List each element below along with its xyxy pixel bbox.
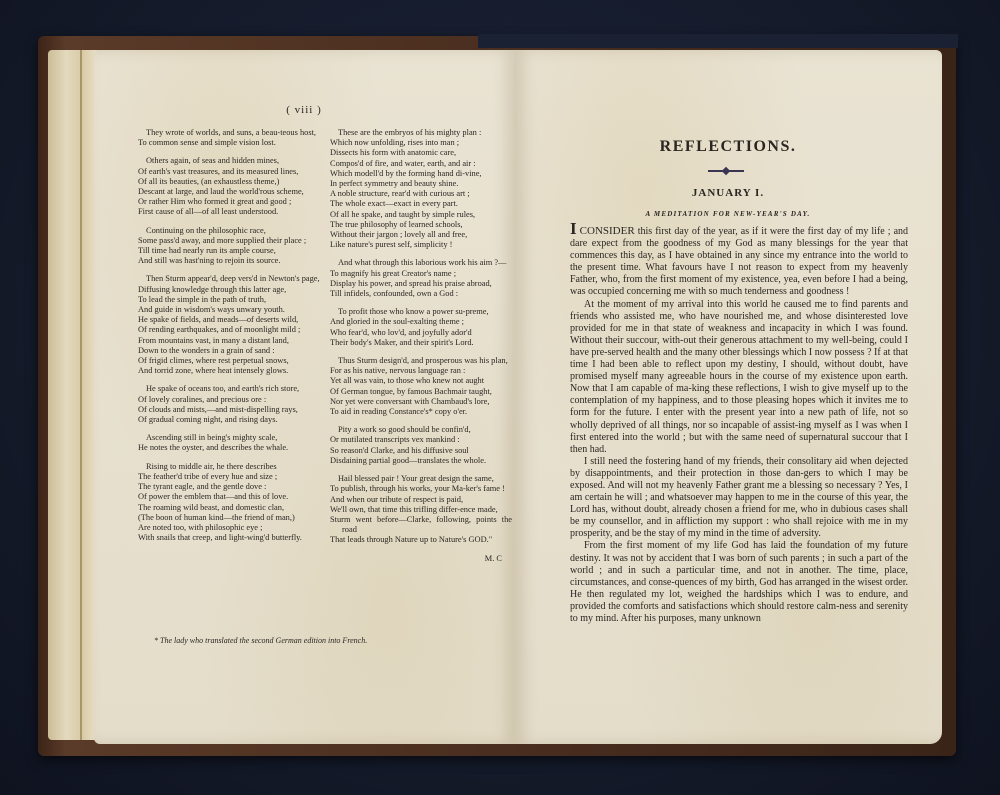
stanza: These are the embryos of his mighty plan… — [330, 128, 512, 250]
verse-line: And what through this laborious work his… — [330, 258, 512, 268]
verse-line: For as his native, nervous language ran … — [330, 366, 512, 376]
verse-line: That leads through Nature up to Nature's… — [330, 535, 512, 545]
verse-line: Diffusing knowledge through this latter … — [138, 285, 320, 295]
verse-line: Pity a work so good should be confin'd, — [330, 425, 512, 435]
verse-line: Rising to middle air, he there describes — [138, 462, 320, 472]
verse-line: He notes the oyster, and describes the w… — [138, 443, 320, 453]
date-heading: JANUARY I. — [514, 187, 942, 199]
verse-line: Of rending earthquakes, and of moonlight… — [138, 325, 320, 335]
stanza: Ascending still in being's mighty scale,… — [138, 433, 320, 453]
verse-line: Of frigid climes, where rest perpetual s… — [138, 356, 320, 366]
verse-line: From mountains vast, in many a distant l… — [138, 336, 320, 346]
stanza: Thus Sturm design'd, and prosperous was … — [330, 356, 512, 417]
paragraph: From the first moment of my life God has… — [570, 540, 908, 625]
verse-line: In perfect symmetry and beauty shine. — [330, 179, 512, 189]
verse-line: He spake of fields, and meads—of deserts… — [138, 315, 320, 325]
signature: M. C — [330, 554, 512, 564]
stanza: And what through this laborious work his… — [330, 258, 512, 299]
verse-line: Their body's Maker, and their spirit's L… — [330, 338, 512, 348]
poem-column-2: These are the embryos of his mighty plan… — [330, 128, 512, 564]
background-gap — [478, 34, 958, 48]
verse-line: He spake of oceans too, and earth's rich… — [138, 384, 320, 394]
verse-line: Thus Sturm design'd, and prosperous was … — [330, 356, 512, 366]
verse-line: The feather'd tribe of every hue and siz… — [138, 472, 320, 482]
verse-line: And gloried in the soul-exalting theme ; — [330, 317, 512, 327]
verse-line: To common sense and simple vision lost. — [138, 138, 320, 148]
verse-line: Others again, of seas and hidden mines, — [138, 156, 320, 166]
verse-line: Which modell'd by the forming hand di-vi… — [330, 169, 512, 179]
paragraph: I still need the fostering hand of my fr… — [570, 456, 908, 541]
verse-line: Which now unfolding, rises into man ; — [330, 138, 512, 148]
verse-line: Dissects his form with anatomic care, — [330, 148, 512, 158]
verse-line: And guide in wisdom's ways unwary youth. — [138, 305, 320, 315]
subheading: A MEDITATION FOR NEW-YEAR'S DAY. — [514, 210, 942, 218]
page-title: REFLECTIONS. — [514, 138, 942, 156]
footnote: * The lady who translated the second Ger… — [154, 636, 367, 645]
verse-line: Are noted too, with philosophic eye ; — [138, 523, 320, 533]
stanza: Hail blessed pair ! Your great design th… — [330, 474, 512, 545]
verse-line: Like nature's purest self, simplicity ! — [330, 240, 512, 250]
verse-line: Of earth's vast treasures, and its measu… — [138, 167, 320, 177]
verse-line: Of all he spake, and taught by simple ru… — [330, 210, 512, 220]
stanza: Others again, of seas and hidden mines,O… — [138, 156, 320, 217]
verse-line: To profit those who know a power su-prem… — [330, 307, 512, 317]
verse-line: First cause of all—of all least understo… — [138, 207, 320, 217]
verse-line: Then Sturm appear'd, deep vers'd in Newt… — [138, 274, 320, 284]
verse-line: Or mutilated transcripts vex mankind : — [330, 435, 512, 445]
verse-line: Of German tongue, by famous Bachmair tau… — [330, 387, 512, 397]
verse-line: The true philosophy of learned schools, — [330, 220, 512, 230]
verse-line: They wrote of worlds, and suns, a beau-t… — [138, 128, 320, 138]
verse-line: The whole exact—exact in every part. — [330, 199, 512, 209]
paragraph: At the moment of my arrival into this wo… — [570, 299, 908, 456]
verse-line: To publish, through his works, your Ma-k… — [330, 484, 512, 494]
verse-line: To aid in reading Constance's* copy o'er… — [330, 407, 512, 417]
verse-line: Nor yet were conversant with Chambaud's … — [330, 397, 512, 407]
verse-line: Disdaining partial good—translates the w… — [330, 456, 512, 466]
verse-line: Descant at large, and laud the world'rou… — [138, 187, 320, 197]
verse-line: Sturm went before—Clarke, following, poi… — [330, 515, 512, 535]
verse-line: So reason'd Clarke, and his diffusive so… — [330, 446, 512, 456]
stanza: Pity a work so good should be confin'd,O… — [330, 425, 512, 466]
verse-line: To magnify his great Creator's name ; — [330, 269, 512, 279]
verse-line: To lead the simple in the path of truth, — [138, 295, 320, 305]
verse-line: A noble structure, rear'd with curious a… — [330, 189, 512, 199]
verse-line: Of all its beauties, (an exhaustless the… — [138, 177, 320, 187]
verse-line: And still was hast'ning to rejoin its so… — [138, 256, 320, 266]
verse-line: Without their jargon ; lovely all and fr… — [330, 230, 512, 240]
stanza: They wrote of worlds, and suns, a beau-t… — [138, 128, 320, 148]
left-page: ( viii ) They wrote of worlds, and suns,… — [94, 50, 514, 744]
verse-line: Continuing on the philosophic race, — [138, 226, 320, 236]
verse-line: And torrid zone, where heat intensely gl… — [138, 366, 320, 376]
verse-line: The roaming wild beast, and domestic cla… — [138, 503, 320, 513]
stanza: He spake of oceans too, and earth's rich… — [138, 384, 320, 425]
verse-line: Who fear'd, who lov'd, and joyfully ador… — [330, 328, 512, 338]
stanza: Rising to middle air, he there describes… — [138, 462, 320, 544]
verse-line: (The boon of human kind—the friend of ma… — [138, 513, 320, 523]
meditation-text: I CONSIDER this first day of the year, a… — [570, 224, 908, 625]
verse-line: The tyrant eagle, and the gentle dove : — [138, 482, 320, 492]
drop-cap: I — [570, 219, 577, 238]
verse-line: Yet all was vain, to those who knew not … — [330, 376, 512, 386]
stanza: Then Sturm appear'd, deep vers'd in Newt… — [138, 274, 320, 376]
opening-word: CONSIDER — [580, 225, 635, 237]
verse-line: Till infidels, confounded, own a God : — [330, 289, 512, 299]
verse-line: Of gradual coming night, and rising days… — [138, 415, 320, 425]
ornament-divider-icon — [708, 170, 744, 172]
open-book: ( viii ) They wrote of worlds, and suns,… — [38, 36, 956, 756]
verse-line: Of clouds and mists,—and mist-dispelling… — [138, 405, 320, 415]
stanza: To profit those who know a power su-prem… — [330, 307, 512, 348]
verse-line: With snails that creep, and light-wing'd… — [138, 533, 320, 543]
right-page: REFLECTIONS. JANUARY I. A MEDITATION FOR… — [514, 50, 942, 744]
verse-line: Ascending still in being's mighty scale, — [138, 433, 320, 443]
poem-column-1: They wrote of worlds, and suns, a beau-t… — [138, 128, 320, 551]
paragraph: I CONSIDER this first day of the year, a… — [570, 224, 908, 299]
verse-line: Of power the emblem that—and this of lov… — [138, 492, 320, 502]
verse-line: Hail blessed pair ! Your great design th… — [330, 474, 512, 484]
verse-line: Till time had nearly run its ample cours… — [138, 246, 320, 256]
verse-line: Some pass'd away, and more supplied thei… — [138, 236, 320, 246]
verse-line: Or rather Him who formed it great and go… — [138, 197, 320, 207]
verse-line: And when our tribute of respect is paid, — [330, 495, 512, 505]
verse-line: We'll own, that time this trifling diffe… — [330, 505, 512, 515]
stanza: Continuing on the philosophic race,Some … — [138, 226, 320, 267]
verse-line: Display his power, and spread his praise… — [330, 279, 512, 289]
verse-line: Of lovely coralines, and precious ore : — [138, 395, 320, 405]
verse-line: These are the embryos of his mighty plan… — [330, 128, 512, 138]
verse-line: Compos'd of fire, and water, earth, and … — [330, 159, 512, 169]
verse-line: Down to the wonders in a grain of sand : — [138, 346, 320, 356]
page-number: ( viii ) — [94, 104, 514, 116]
